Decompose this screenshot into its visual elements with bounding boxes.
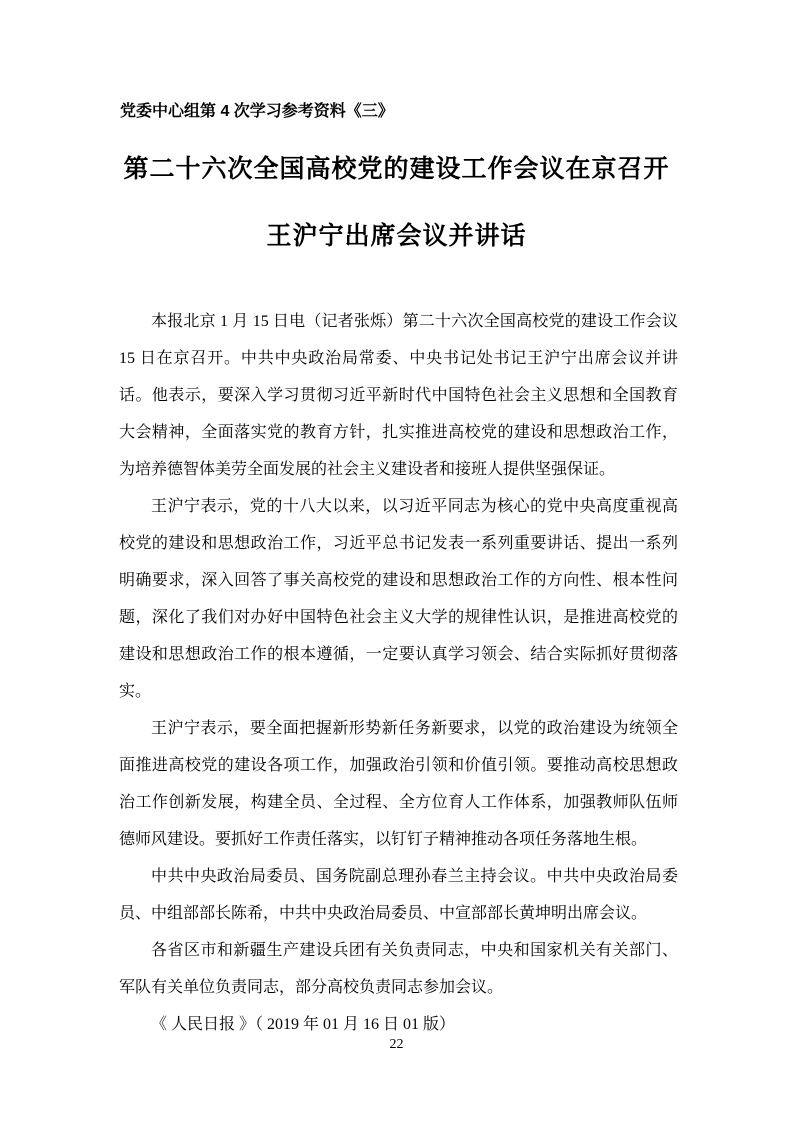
doc-header-label: 党委中心组第 4 次学习参考资料《三》 [120,101,394,123]
document-page: 党委中心组第 4 次学习参考资料《三》 第二十六次全国高校党的建设工作会议在京召… [0,0,793,1122]
doc-body: 本报北京 1 月 15 日电（记者张烁）第二十六次全国高校党的建设工作会议 15… [119,303,678,1043]
paragraph-4: 中共中央政治局委员、国务院副总理孙春兰主持会议。中共中央政治局委员、中组部部长陈… [119,858,678,932]
page-number: 22 [0,1036,793,1054]
doc-subtitle: 王沪宁出席会议并讲话 [60,219,733,253]
paragraph-5: 各省区市和新疆生产建设兵团有关负责同志，中央和国家机关有关部门、军队有关单位负责… [119,932,678,1006]
paragraph-2: 王沪宁表示，党的十八大以来，以习近平同志为核心的党中央高度重视高校党的建设和思想… [119,488,678,710]
doc-title: 第二十六次全国高校党的建设工作会议在京召开 [60,152,733,186]
paragraph-3: 王沪宁表示，要全面把握新形势新任务新要求，以党的政治建设为统领全面推进高校党的建… [119,710,678,858]
paragraph-lead: 本报北京 1 月 15 日电（记者张烁）第二十六次全国高校党的建设工作会议 15… [119,303,678,488]
